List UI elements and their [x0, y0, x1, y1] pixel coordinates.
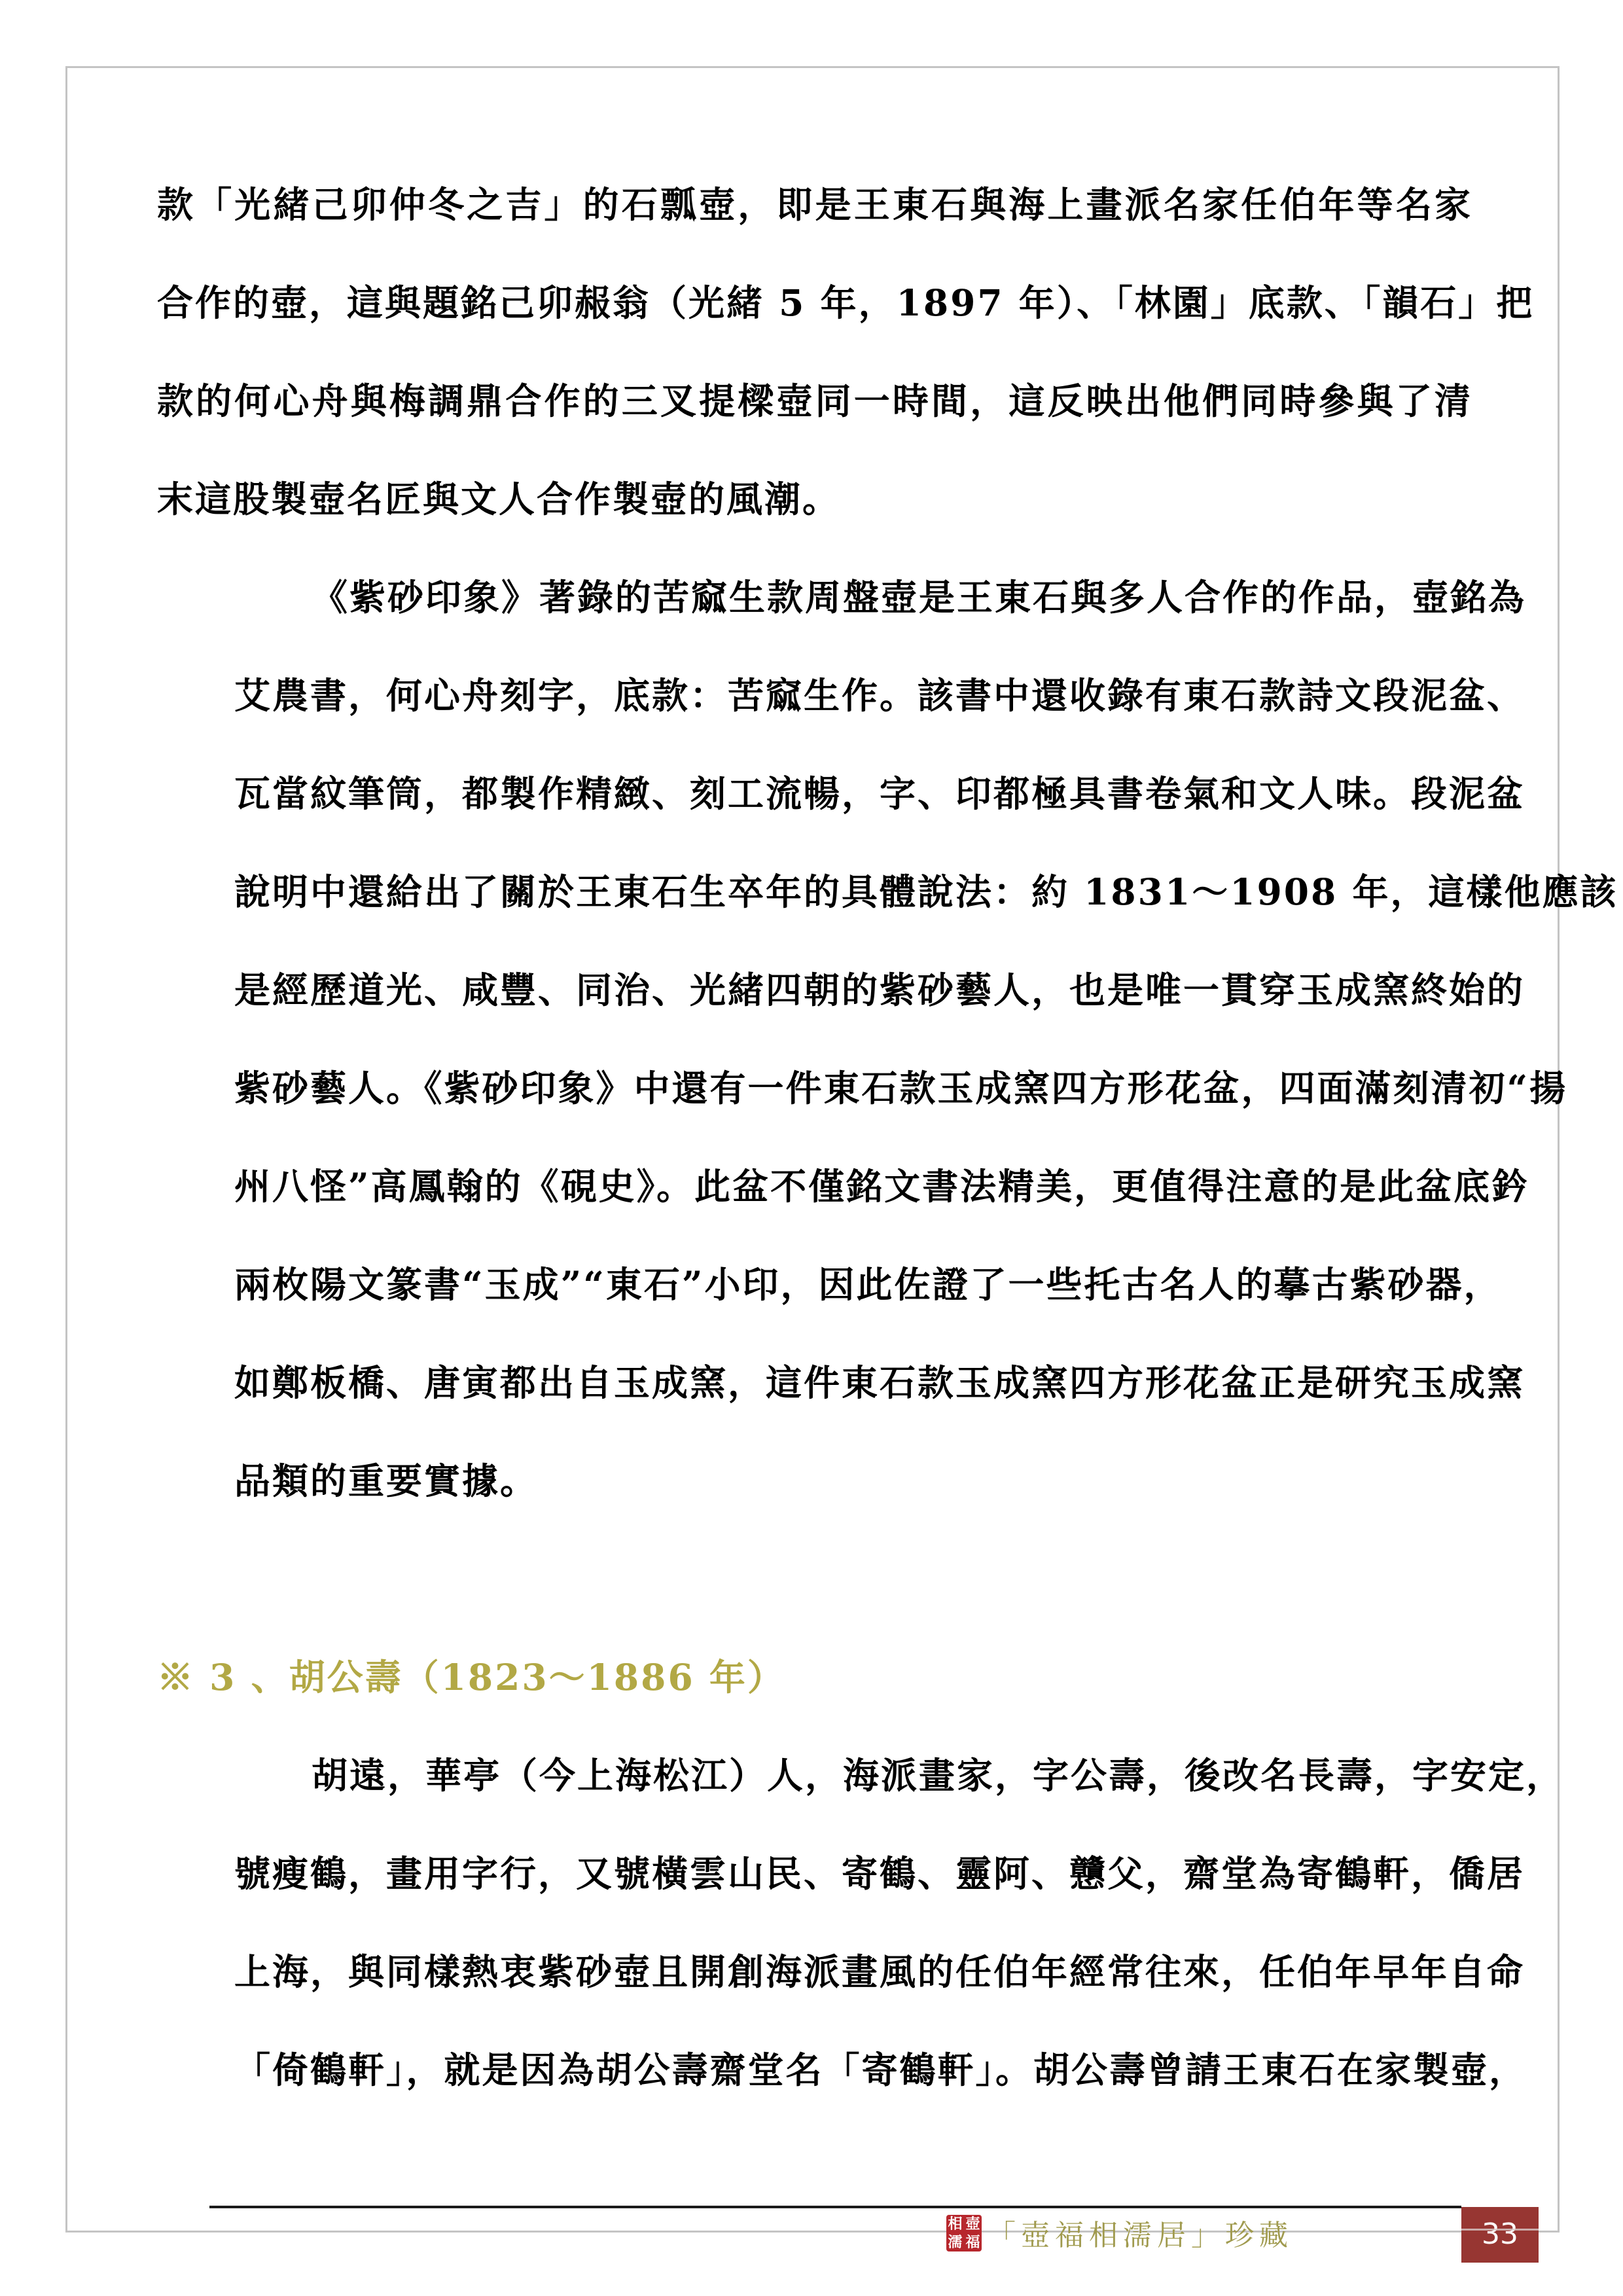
paragraph-2: 《紫砂印象》著錄的苦窳生款周盤壺是王東石與多人合作的作品，壺銘為 艾農書，何心舟… [157, 548, 1472, 1530]
seal-stamp-icon: 相 壺 濡 福 [946, 2215, 982, 2251]
text-line: 上海，與同樣熱衷紫砂壺且開創海派畫風的任伯年經常往來，任伯年早年自命 [157, 1923, 1472, 2021]
seal-char: 壺 [964, 2215, 982, 2233]
text-line: 號瘦鶴，畫用字行，又號橫雲山民、寄鶴、靈阿、戇父，齋堂為寄鶴軒，僑居 [157, 1825, 1472, 1923]
text-line: 品類的重要實據。 [157, 1432, 1472, 1530]
text-line: 合作的壺，這與題銘己卯赧翁（光緒 5 年，1897 年）、「林園」底款、「韻石」… [157, 254, 1472, 352]
footer-brand-text: 「壺福相濡居」珍藏 [987, 2216, 1293, 2255]
text-line: 說明中還給出了關於王東石生卒年的具體說法：約 1831～1908 年，這樣他應該 [157, 843, 1472, 941]
paragraph-3: 胡遠，華亭（今上海松江）人，海派畫家，字公壽，後改名長壽，字安定， 號瘦鶴，畫用… [157, 1727, 1472, 2119]
paragraph-1: 款「光緒己卯仲冬之吉」的石瓢壺，即是王東石與海上畫派名家任伯年等名家 合作的壺，… [157, 156, 1472, 548]
section-heading: ※ 3 、胡公壽（1823～1886 年） [157, 1628, 1472, 1727]
text-line: 款的何心舟與梅調鼎合作的三叉提樑壺同一時間，這反映出他們同時參與了清 [157, 352, 1472, 450]
footer-rule [209, 2206, 1461, 2208]
text-line: 「倚鶴軒」，就是因為胡公壽齋堂名「寄鶴軒」。胡公壽曾請王東石在家製壺， [157, 2021, 1472, 2119]
page-number-badge: 33 [1461, 2207, 1539, 2263]
border-overlay-line [1461, 2229, 1539, 2231]
text-line: 紫砂藝人。《紫砂印象》中還有一件東石款玉成窯四方形花盆，四面滿刻清初“揚 [157, 1039, 1472, 1138]
text-line: 瓦當紋筆筒，都製作精緻、刻工流暢，字、印都極具書卷氣和文人味。段泥盆 [157, 745, 1472, 843]
text-line: 末這股製壺名匠與文人合作製壺的風潮。 [157, 450, 1472, 548]
text-line: 州八怪”高鳳翰的《硯史》。此盆不僅銘文書法精美，更值得注意的是此盆底鈐 [157, 1138, 1472, 1236]
text-line: 艾農書，何心舟刻字，底款：苦窳生作。該書中還收錄有東石款詩文段泥盆、 [157, 647, 1472, 745]
document-body: 款「光緒己卯仲冬之吉」的石瓢壺，即是王東石與海上畫派名家任伯年等名家 合作的壺，… [157, 156, 1472, 2119]
text-line: 《紫砂印象》著錄的苦窳生款周盤壺是王東石與多人合作的作品，壺銘為 [157, 548, 1472, 647]
text-line: 兩枚陽文篆書“玉成”“東石”小印，因此佐證了一些托古名人的摹古紫砂器， [157, 1236, 1472, 1334]
seal-char: 福 [964, 2233, 982, 2251]
seal-char: 濡 [946, 2233, 964, 2251]
text-line: 款「光緒己卯仲冬之吉」的石瓢壺，即是王東石與海上畫派名家任伯年等名家 [157, 156, 1472, 254]
page-number: 33 [1461, 2216, 1539, 2253]
text-line: 是經歷道光、咸豐、同治、光緒四朝的紫砂藝人，也是唯一貫穿玉成窯終始的 [157, 941, 1472, 1039]
seal-char: 相 [946, 2215, 964, 2233]
text-line: 如鄭板橋、唐寅都出自玉成窯，這件東石款玉成窯四方形花盆正是研究玉成窯 [157, 1334, 1472, 1432]
section-spacer [157, 1530, 1472, 1628]
text-line: 胡遠，華亭（今上海松江）人，海派畫家，字公壽，後改名長壽，字安定， [157, 1727, 1472, 1825]
